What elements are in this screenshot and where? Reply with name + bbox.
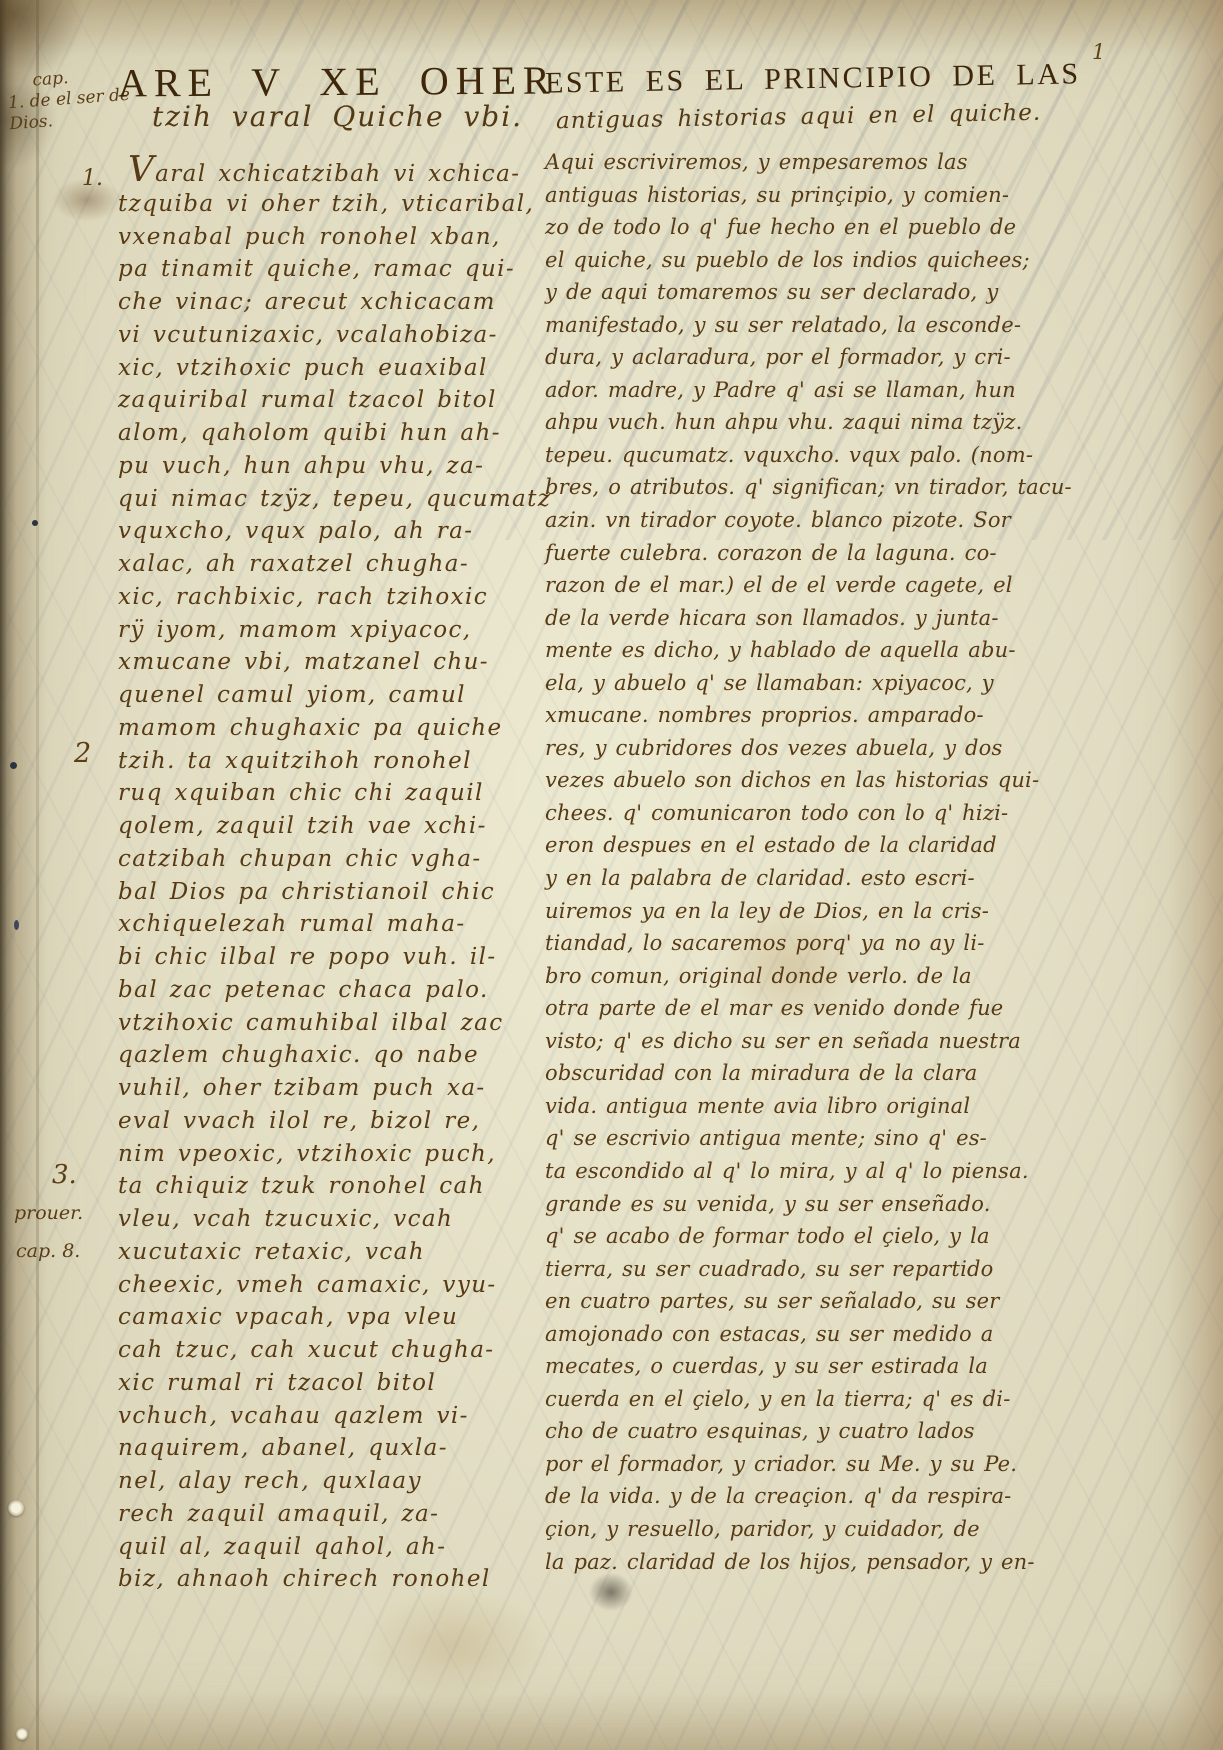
spanish-text-line: tepeu. qucumatz. vquxcho. vqux palo. (no… <box>545 443 1205 476</box>
paper-hole <box>8 1500 24 1516</box>
margin-chapter-note: cap. 1. de el ser de Dios. <box>6 64 132 135</box>
spanish-text-line: xmucane. nombres proprios. amparado- <box>545 703 1205 736</box>
kiche-text-line: vuhil, oher tzibam puch xa- <box>118 1075 530 1108</box>
spanish-subtitle: antiguas historias aqui en el quiche. <box>556 100 1042 134</box>
binding-crease <box>36 0 39 1750</box>
spanish-text-line: zo de todo lo q' fue hecho en el pueblo … <box>545 215 1205 248</box>
kiche-text-line: pu vuch, hun ahpu vhu, za- <box>118 453 530 486</box>
kiche-text-line: naquirem, abanel, quxla- <box>118 1435 530 1468</box>
kiche-text-line: nel, alay rech, quxlaay <box>118 1468 530 1501</box>
kiche-text-line: ta chiquiz tzuk ronohel cah <box>118 1173 530 1206</box>
kiche-text-line: tzquiba vi oher tzih, vticaribal, <box>118 191 530 224</box>
spanish-text-line: Aqui escriviremos, y empesaremos las <box>545 150 1205 183</box>
margin-citation-prouer: prouer. <box>14 1202 83 1224</box>
kiche-text-line: qolem, zaquil tzih vae xchi- <box>118 813 530 846</box>
spanish-text-line: tierra, su ser cuadrado, su ser repartid… <box>545 1257 1205 1290</box>
margin-paragraph-number: 1. <box>82 166 103 191</box>
kiche-text-line: xic rumal ri tzacol bitol <box>118 1370 530 1403</box>
spanish-text-line: cuerda en el çielo, y en la tierra; q' e… <box>545 1387 1205 1420</box>
ink-speck <box>14 920 19 930</box>
spanish-text-line: vida. antigua mente avia libro original <box>545 1094 1205 1127</box>
spanish-text-line: q' se escrivio antigua mente; sino q' es… <box>545 1126 1205 1159</box>
manuscript-page: 1 cap. 1. de el ser de Dios. 1. 2 3. pro… <box>0 0 1223 1750</box>
kiche-text-line: mamom chughaxic pa quiche <box>118 715 530 748</box>
kiche-text-line: xalac, ah raxatzel chugha- <box>118 551 530 584</box>
kiche-text-line: vi vcutunizaxic, vcalahobiza- <box>118 322 530 355</box>
kiche-text-line: bal Dios pa christianoil chic <box>118 879 530 912</box>
spanish-text-line: y en la palabra de claridad. esto escri- <box>545 866 1205 899</box>
kiche-text-line: xucutaxic retaxic, vcah <box>118 1239 530 1272</box>
spanish-text-line: q' se acabo de formar todo el çielo, y l… <box>545 1224 1205 1257</box>
spanish-text-line: bro comun, original donde verlo. de la <box>545 964 1205 997</box>
kiche-text-column: Varal xchicatzibah vi xchica-tzquiba vi … <box>118 158 530 1599</box>
spanish-text-line: visto; q' es dicho su ser en señada nues… <box>545 1029 1205 1062</box>
spanish-text-line: de la vida. y de la creaçion. q' da resp… <box>545 1484 1205 1517</box>
kiche-text-line: quil al, zaquil qahol, ah- <box>118 1534 530 1567</box>
ink-speck <box>32 520 38 526</box>
kiche-text-line: quenel camul yiom, camul <box>118 682 530 715</box>
spanish-text-line: grande es su venida, y su ser enseñado. <box>545 1192 1205 1225</box>
paper-hole <box>16 1728 28 1740</box>
folio-number: 1 <box>1092 40 1105 64</box>
spanish-text-line: el quiche, su pueblo de los indios quich… <box>545 248 1205 281</box>
kiche-text-line: nim vpeoxic, vtzihoxic puch, <box>118 1141 530 1174</box>
spanish-text-line: azin. vn tirador coyote. blanco pizote. … <box>545 508 1205 541</box>
kiche-text-line: biz, ahnaoh chirech ronohel <box>118 1566 530 1599</box>
kiche-text-line: bal zac petenac chaca palo. <box>118 977 530 1010</box>
kiche-text-line: zaquiribal rumal tzacol bitol <box>118 387 530 420</box>
paper-stain <box>360 1590 550 1700</box>
spanish-text-line: ela, y abuelo q' se llamaban: xpiyacoc, … <box>545 671 1205 704</box>
spanish-text-line: ador. madre, y Padre q' asi se llaman, h… <box>545 378 1205 411</box>
kiche-subtitle: tzih varal Quiche vbi. <box>152 100 523 133</box>
kiche-text-line: Varal xchicatzibah vi xchica- <box>118 158 530 191</box>
spanish-text-line: res, y cubridores dos vezes abuela, y do… <box>545 736 1205 769</box>
kiche-text-line: camaxic vpacah, vpa vleu <box>118 1304 530 1337</box>
spanish-text-line: obscuridad con la miradura de la clara <box>545 1061 1205 1094</box>
spanish-text-line: bres, o atributos. q' significan; vn tir… <box>545 475 1205 508</box>
spanish-text-line: vezes abuelo son dichos en las historias… <box>545 768 1205 801</box>
ink-speck <box>10 762 17 769</box>
spanish-title: ESTE ES EL PRINCIPIO DE LAS <box>545 57 1081 100</box>
spanish-text-column: Aqui escriviremos, y empesaremos lasanti… <box>545 150 1205 1582</box>
spanish-text-line: mecates, o cuerdas, y su ser estirada la <box>545 1354 1205 1387</box>
spanish-text-line: tiandad, lo sacaremos porq' ya no ay li- <box>545 931 1205 964</box>
kiche-text-line: vchuch, vcahau qazlem vi- <box>118 1403 530 1436</box>
kiche-text-line: vleu, vcah tzucuxic, vcah <box>118 1206 530 1239</box>
spanish-text-line: eron despues en el estado de la claridad <box>545 833 1205 866</box>
spanish-text-line: fuerte culebra. corazon de la laguna. co… <box>545 541 1205 574</box>
kiche-text-line: cheexic, vmeh camaxic, vyu- <box>118 1272 530 1305</box>
spanish-text-line: antiguas historias, su prinçipio, y comi… <box>545 183 1205 216</box>
kiche-text-line: pa tinamit quiche, ramac qui- <box>118 256 530 289</box>
spanish-text-line: ahpu vuch. hun ahpu vhu. zaqui nima tzÿz… <box>545 410 1205 443</box>
spanish-text-line: mente es dicho, y hablado de aquella abu… <box>545 638 1205 671</box>
kiche-text-line: vquxcho, vqux palo, ah ra- <box>118 518 530 551</box>
kiche-text-line: vxenabal puch ronohel xban, <box>118 224 530 257</box>
kiche-text-line: cah tzuc, cah xucut chugha- <box>118 1337 530 1370</box>
kiche-text-line: ruq xquiban chic chi zaquil <box>118 780 530 813</box>
spanish-text-line: la paz. claridad de los hijos, pensador,… <box>545 1550 1205 1583</box>
kiche-text-line: xchiquelezah rumal maha- <box>118 911 530 944</box>
kiche-text-line: rech zaquil amaquil, za- <box>118 1501 530 1534</box>
kiche-text-line: catzibah chupan chic vgha- <box>118 846 530 879</box>
margin-paragraph-number: 2 <box>74 738 91 769</box>
spanish-text-line: otra parte de el mar es venido donde fue <box>545 996 1205 1029</box>
spanish-text-line: chees. q' comunicaron todo con lo q' hiz… <box>545 801 1205 834</box>
spanish-text-line: en cuatro partes, su ser señalado, su se… <box>545 1289 1205 1322</box>
kiche-text-line: che vinac; arecut xchicacam <box>118 289 530 322</box>
kiche-text-line: xmucane vbi, matzanel chu- <box>118 649 530 682</box>
margin-citation-cap8: cap. 8. <box>16 1240 80 1262</box>
kiche-text-line: qazlem chughaxic. qo nabe <box>118 1042 530 1075</box>
kiche-text-line: alom, qaholom quibi hun ah- <box>118 420 530 453</box>
spanish-text-line: uiremos ya en la ley de Dios, en la cris… <box>545 899 1205 932</box>
kiche-text-line: bi chic ilbal re popo vuh. il- <box>118 944 530 977</box>
spanish-text-line: dura, y aclaradura, por el formador, y c… <box>545 345 1205 378</box>
kiche-text-line: rÿ iyom, mamom xpiyacoc, <box>118 617 530 650</box>
spanish-text-line: cho de cuatro esquinas, y cuatro lados <box>545 1419 1205 1452</box>
spanish-text-line: de la verde hicara son llamados. y junta… <box>545 606 1205 639</box>
spanish-text-line: çion, y resuello, paridor, y cuidador, d… <box>545 1517 1205 1550</box>
spanish-text-line: y de aqui tomaremos su ser declarado, y <box>545 280 1205 313</box>
spanish-text-line: razon de el mar.) el de el verde cagete,… <box>545 573 1205 606</box>
spanish-text-line: amojonado con estacas, su ser medido a <box>545 1322 1205 1355</box>
kiche-text-line: xic, vtzihoxic puch euaxibal <box>118 355 530 388</box>
spanish-text-line: manifestado, y su ser relatado, la escon… <box>545 313 1205 346</box>
kiche-text-line: xic, rachbixic, rach tzihoxic <box>118 584 530 617</box>
spanish-text-line: por el formador, y criador. su Me. y su … <box>545 1452 1205 1485</box>
kiche-text-line: eval vvach ilol re, bizol re, <box>118 1108 530 1141</box>
kiche-text-line: vtzihoxic camuhibal ilbal zac <box>118 1010 530 1043</box>
spanish-text-line: ta escondido al q' lo mira, y al q' lo p… <box>545 1159 1205 1192</box>
kiche-text-line: qui nimac tzÿz, tepeu, qucumatz <box>118 486 530 519</box>
margin-paragraph-number: 3. <box>52 1160 77 1190</box>
kiche-text-line: tzih. ta xquitzihoh ronohel <box>118 748 530 781</box>
